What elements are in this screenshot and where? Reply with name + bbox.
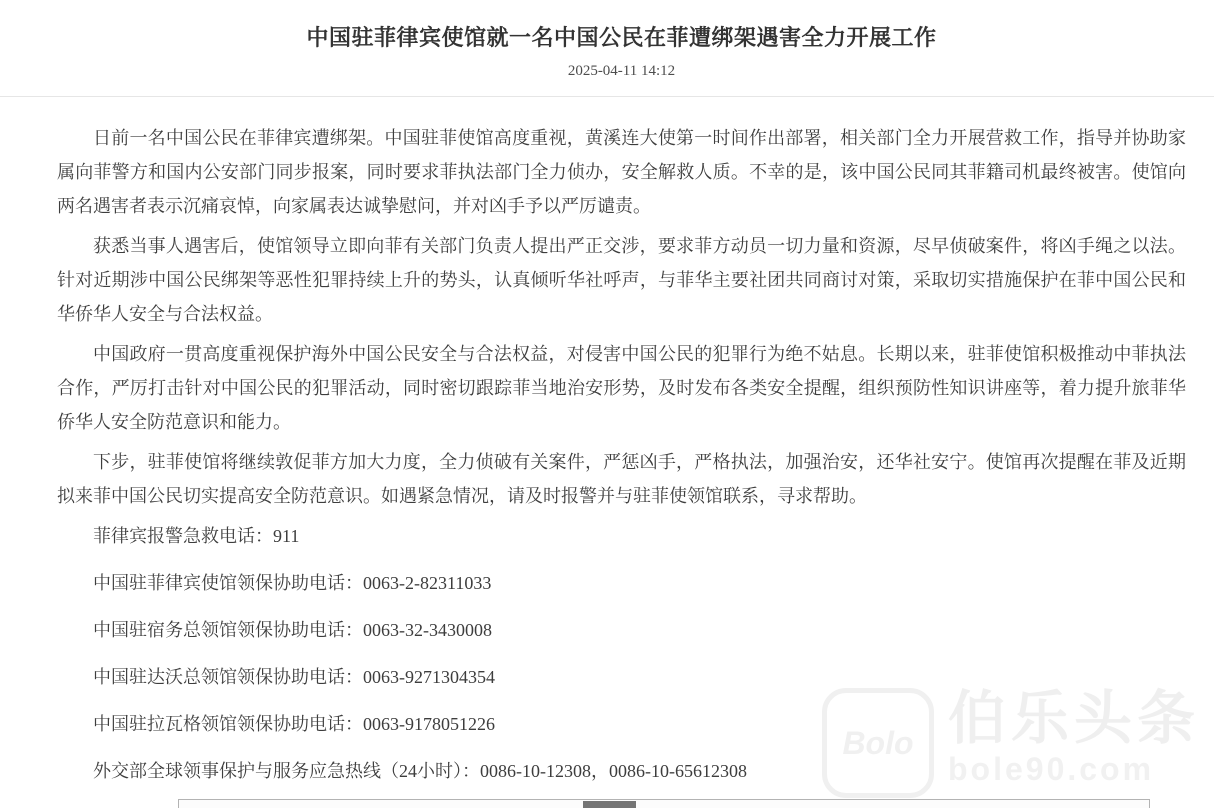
hotline-consulate-davao: 中国驻达沃总领馆领保协助电话：0063-9271304354 (57, 660, 1186, 694)
scrollbar-thumb[interactable] (583, 801, 636, 808)
article-paragraph: 下步，驻菲使馆将继续敦促菲方加大力度，全力侦破有关案件，严惩凶手，严格执法，加强… (57, 445, 1186, 513)
article-paragraph: 中国政府一贯高度重视保护海外中国公民安全与合法权益，对侵害中国公民的犯罪行为绝不… (57, 337, 1186, 439)
article-paragraph: 日前一名中国公民在菲律宾遭绑架。中国驻菲使馆高度重视，黄溪连大使第一时间作出部署… (57, 121, 1186, 223)
hotline-mfa-global: 外交部全球领事保护与服务应急热线（24小时）：0086-10-12308，008… (57, 754, 1186, 788)
hotline-embassy-manila: 中国驻菲律宾使馆领保协助电话：0063-2-82311033 (57, 566, 1186, 600)
publish-date: 2025-04-11 14:12 (57, 63, 1186, 80)
article-paragraph: 获悉当事人遇害后，使馆领导立即向菲有关部门负责人提出严正交涉，要求菲方动员一切力… (57, 229, 1186, 331)
horizontal-scrollbar[interactable] (178, 799, 1150, 808)
article-page: 中国驻菲律宾使馆就一名中国公民在菲遭绑架遇害全力开展工作 2025-04-11 … (0, 0, 1214, 808)
hotline-consulate-cebu: 中国驻宿务总领馆领保协助电话：0063-32-3430008 (57, 613, 1186, 647)
hotline-consulate-laoag: 中国驻拉瓦格领馆领保协助电话：0063-9178051226 (57, 707, 1186, 741)
hotline-philippines-emergency: 菲律宾报警急救电话：911 (57, 519, 1186, 553)
page-title: 中国驻菲律宾使馆就一名中国公民在菲遭绑架遇害全力开展工作 (57, 25, 1186, 51)
article-header: 中国驻菲律宾使馆就一名中国公民在菲遭绑架遇害全力开展工作 2025-04-11 … (0, 0, 1214, 80)
article-body: 日前一名中国公民在菲律宾遭绑架。中国驻菲使馆高度重视，黄溪连大使第一时间作出部署… (0, 97, 1214, 788)
